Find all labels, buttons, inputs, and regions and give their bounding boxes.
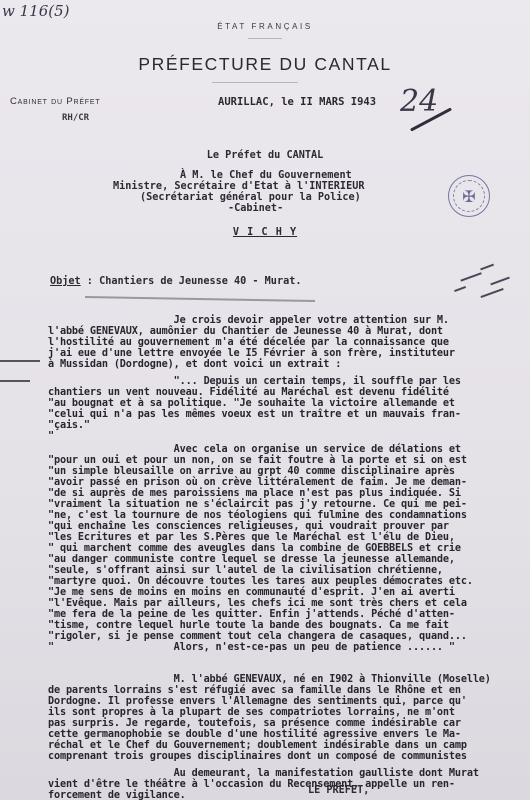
body-line: l'abbé GENEVAUX, aumônier du Chantier de… (48, 326, 443, 337)
letterhead-prefecture: PRÉFECTURE DU CANTAL (0, 54, 530, 75)
divider (212, 82, 298, 83)
circular-stamp-icon: ✠ (448, 175, 490, 217)
body-line: " Alors, n'est-ce-pas un peu de patience… (48, 642, 455, 653)
body-line: "vraiment la situation ne s'éclaircit pa… (48, 499, 467, 510)
body-line: "rigoler, si je pense comment tout cela … (48, 631, 467, 642)
margin-mark (0, 360, 40, 362)
body-line: "ne, c'est la tournure de nos téologiens… (48, 510, 467, 521)
body-line: "avoir passé en prison où on crève litté… (48, 477, 467, 488)
body-line: Dordogne. Il professe envers l'Allemagne… (48, 696, 467, 707)
letterhead-state: ÉTAT FRANÇAIS (0, 22, 530, 31)
body-line: pas surpris. Je regarde, toutefois, sa p… (48, 718, 461, 729)
letterhead-initials: RH/CR (62, 113, 89, 123)
body-line: de parents lorrains s'est réfugié avec s… (48, 685, 461, 696)
body-line: vient d'être le théâtre à l'occasion du … (48, 779, 455, 790)
body-line: "de si auprès de mes paroissiens ma plac… (48, 488, 461, 499)
body-line: "un simple bleusaille on arrive au grpt … (48, 466, 455, 477)
recipient-line: -Cabinet- (228, 203, 283, 214)
recipient-line: (Secrétariat général pour la Police) (140, 192, 361, 203)
object-label: Objet (50, 276, 81, 287)
letterhead-office: Cabinet du Préfet (10, 96, 100, 107)
body-line: "qui enchaîne les consciences religieuse… (48, 521, 449, 532)
object-line: Objet : Chantiers de Jeunesse 40 - Murat… (50, 276, 301, 287)
body-line: "tisme, contre lequel hurle toute la ban… (48, 620, 449, 631)
body-line: à Mussidan (Dordogne), et dont voici un … (48, 359, 341, 370)
divider (248, 38, 282, 39)
signature: LE PREFET, (308, 785, 369, 796)
body-line: Je crois devoir appeler votre attention … (48, 315, 449, 326)
body-line: "pour un oui et pour un non, on se fait … (48, 455, 467, 466)
object-text: : Chantiers de Jeunesse 40 - Murat. (81, 276, 302, 287)
body-line: "les Ecritures et par les S.Pères que le… (48, 532, 455, 543)
body-line: "au danger communiste contre lequel se d… (48, 554, 455, 565)
divider (85, 296, 315, 302)
margin-mark (0, 380, 30, 382)
recipient-line: Ministre, Secrétaire d'Etat à l'INTERIEU… (113, 181, 364, 192)
body-line: Avec cela on organise un service de déla… (48, 444, 461, 455)
body-line: "me fera de la peine de les quitter. Enf… (48, 609, 455, 620)
body-line: comprenant trois groupes disciplinaires … (48, 751, 467, 762)
body-line: "au bougnat et à sa politique. "Je souha… (48, 398, 455, 409)
document-page: w 116(5) ÉTAT FRANÇAIS PRÉFECTURE DU CAN… (0, 0, 530, 800)
body-line: "l'Evêque. Mais par ailleurs, les chefs … (48, 598, 467, 609)
body-line: "... Depuis un certain temps, il souffle… (48, 376, 461, 387)
body-line: cette germanophobie se double d'une host… (48, 729, 461, 740)
body-line: l'hostilité au gouvernement m'a été déce… (48, 337, 449, 348)
body-line: Au demeurant, la manifestation gaulliste… (48, 768, 479, 779)
body-line: "celui qui n'a pas les mêmes voeux est u… (48, 409, 461, 420)
destination: V I C H Y (0, 227, 530, 238)
body-line: " qui marchent comme des aveugles dans l… (48, 543, 461, 554)
body-line: "martyre quoi. On découvre toutes les ta… (48, 576, 473, 587)
body-line: " (48, 431, 54, 442)
body-line: réchal et le Chef du Gouvernement; doubl… (48, 740, 467, 751)
recipient-line: À M. le Chef du Gouvernement (180, 170, 352, 181)
handwritten-number: 24 (400, 84, 438, 119)
place-date: AURILLAC, le II MARS I943 (218, 96, 376, 108)
body-line: forcement de vigilance. (48, 790, 186, 800)
body-line: "seule, s'offrant ainsi sur l'autel de l… (48, 565, 443, 576)
archive-reference: w 116(5) (2, 2, 70, 20)
margin-pencil-marks (450, 262, 520, 302)
body-line: ils sont propres à la plupart de ses com… (48, 707, 455, 718)
body-line: M. l'abbé GENEVAUX, né en I902 à Thionvi… (48, 674, 491, 685)
body-line: chantiers un vent nouveau. Fidélité au M… (48, 387, 449, 398)
body-line: "çais." (48, 420, 90, 431)
body-line: "Je me sens de moins en moins en communa… (48, 587, 455, 598)
body-line: j'ai eue d'une lettre envoyée le I5 Févr… (48, 348, 455, 359)
sender: Le Préfet du CANTAL (0, 150, 530, 161)
